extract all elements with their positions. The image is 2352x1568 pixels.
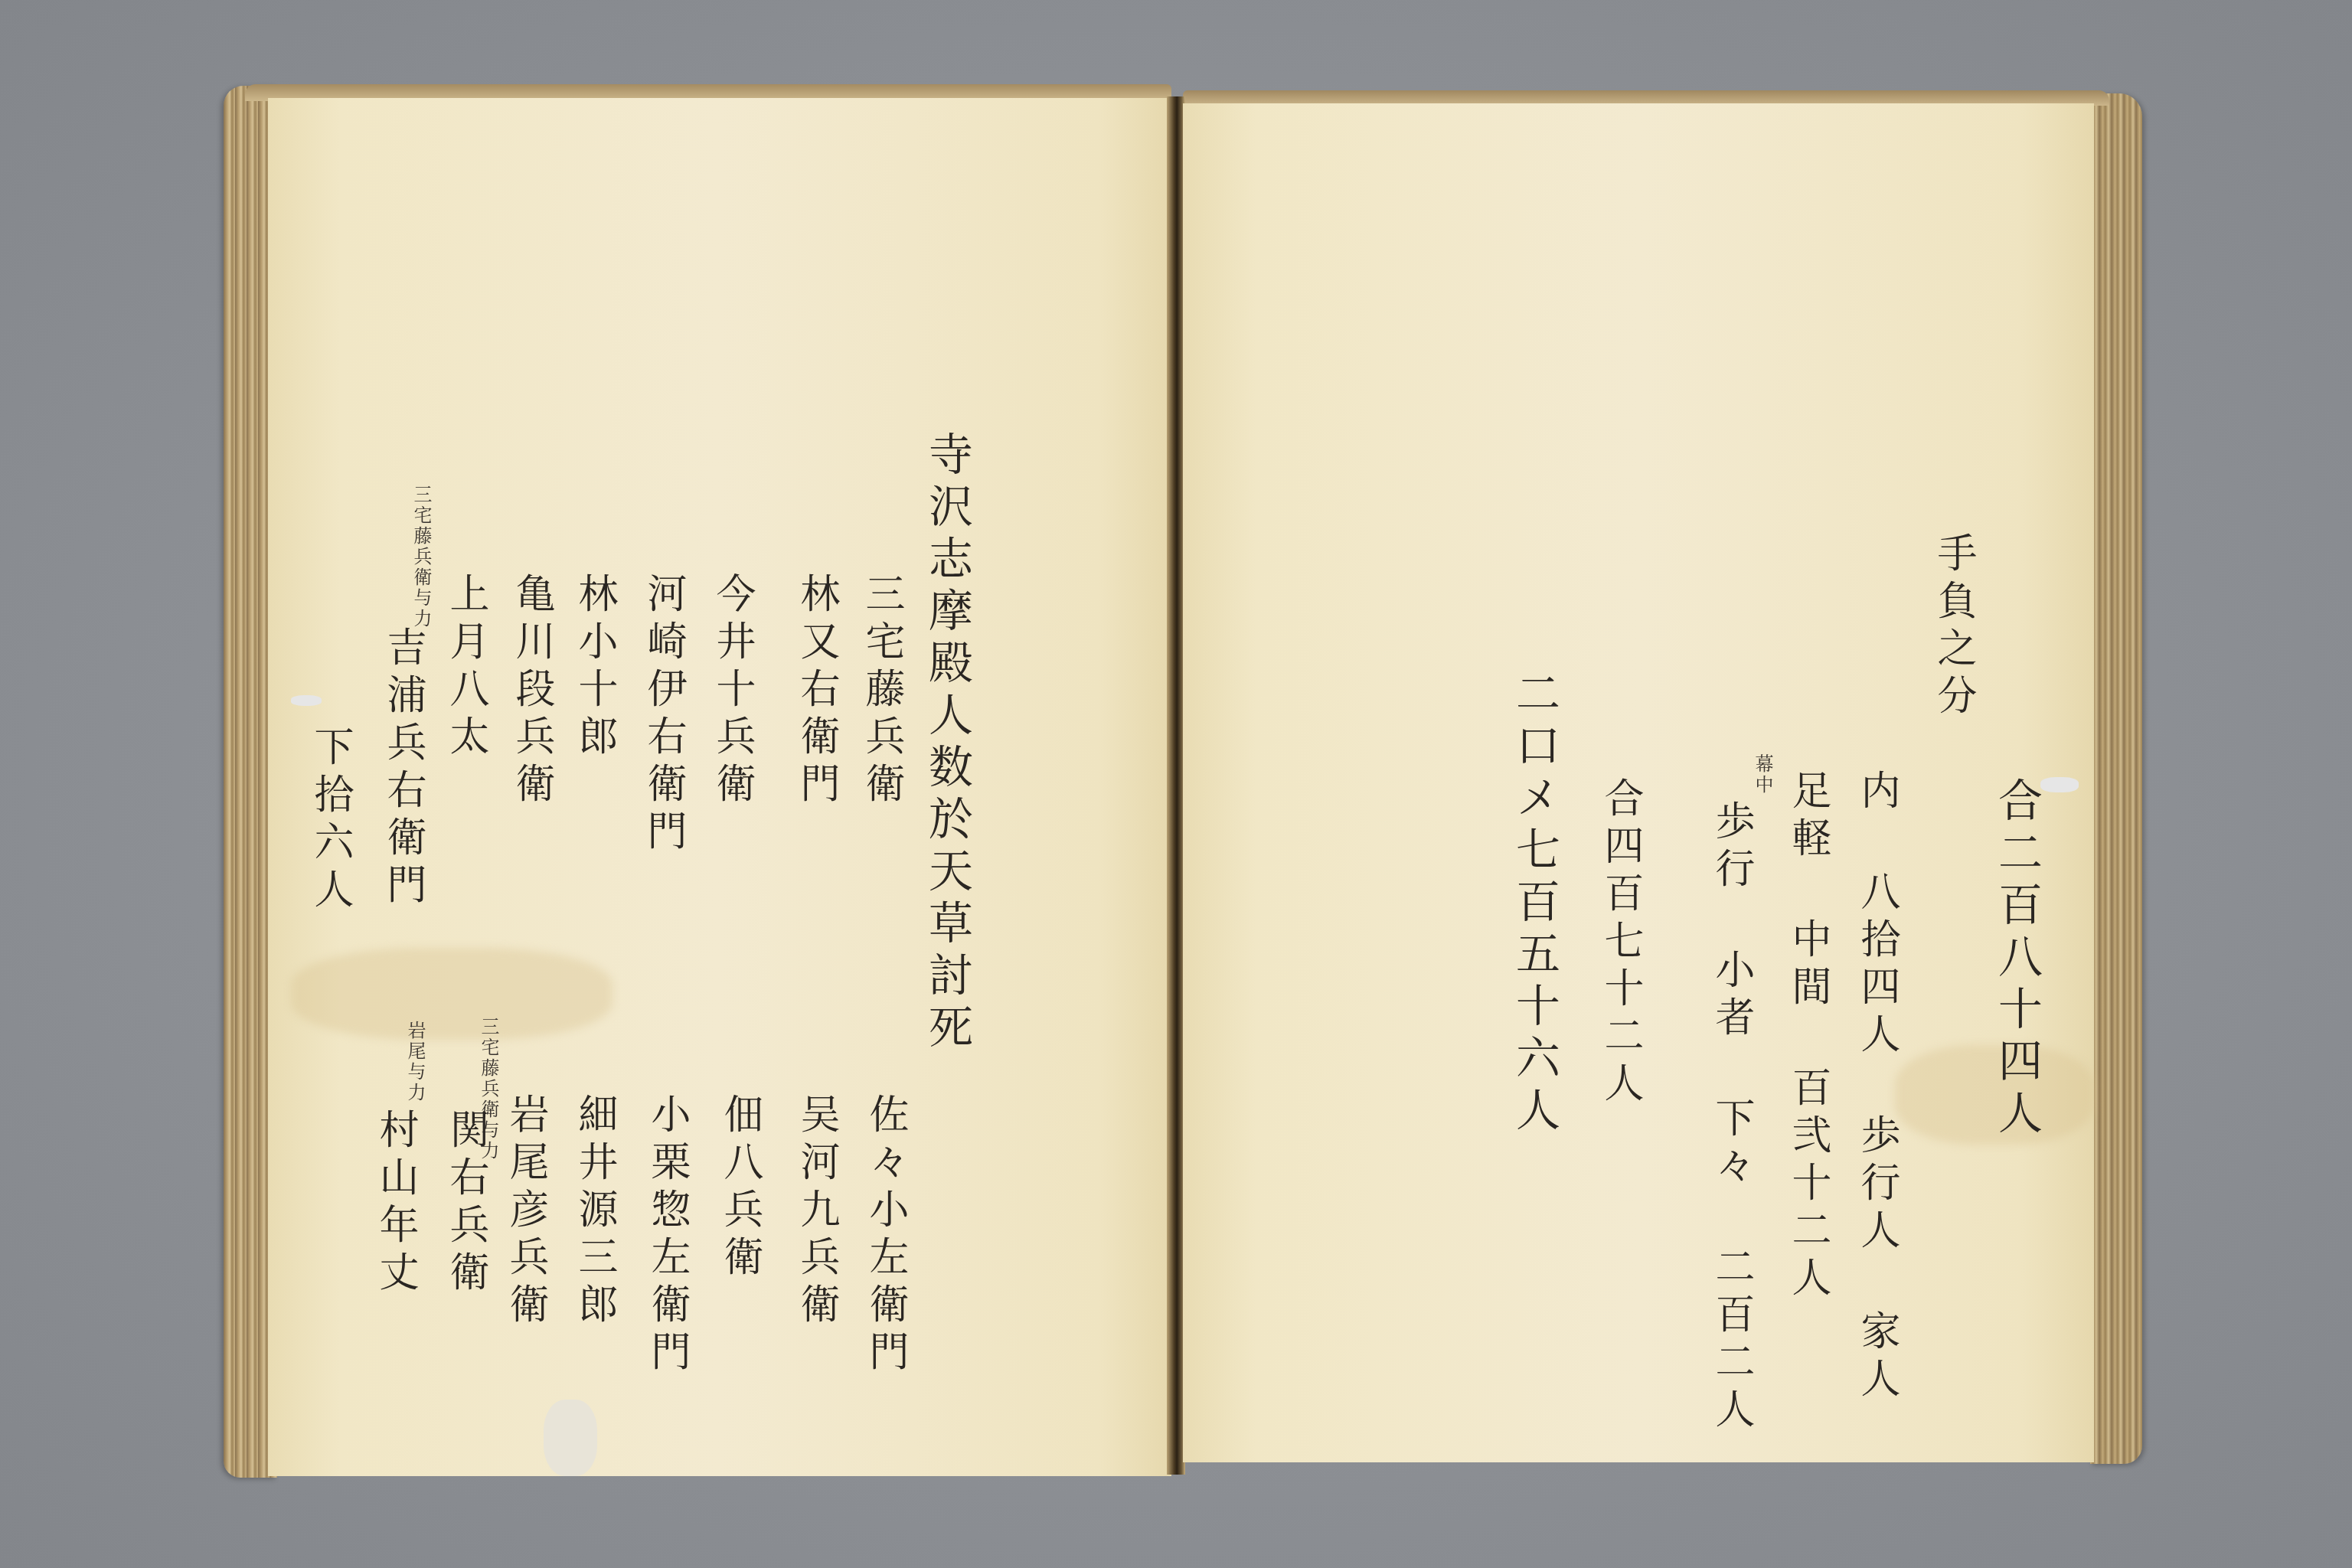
name-column: 村山年丈 (375, 1109, 415, 1298)
annotation: 三宅藤兵衛与力 (412, 485, 430, 629)
subtotal-column: 下拾六人 (310, 726, 350, 916)
water-stain (291, 948, 612, 1040)
annotation: 岩尾与力 (406, 1021, 424, 1103)
name-column: 吉浦兵右衛門 (383, 626, 423, 911)
count-line: 合四百七十二人 (1600, 777, 1640, 1109)
name-column: 河崎伊右衛門 (643, 573, 683, 857)
open-book: 寺沢志摩殿人数於天草討死 三宅藤兵衛 林又右衛門 今井十兵衛 河崎伊右衛門 林小… (0, 0, 2352, 1568)
name-column: 林又右衛門 (796, 573, 836, 810)
left-page: 寺沢志摩殿人数於天草討死 三宅藤兵衛 林又右衛門 今井十兵衛 河崎伊右衛門 林小… (268, 98, 1171, 1476)
count-line: 足軽 中間 百弐十二人 (1788, 769, 1828, 1304)
name-column: 関右兵衛 (446, 1109, 485, 1298)
name-column: 細井源三郎 (574, 1093, 614, 1331)
count-line: 内 八拾四人 歩行人 家人 (1857, 769, 1896, 1405)
name-column: 亀川段兵衛 (511, 573, 551, 810)
name-column: 佃八兵衛 (720, 1093, 759, 1283)
paper-repair (544, 1400, 597, 1476)
annotation: 幕中 (1753, 754, 1772, 795)
total-column: 合二百八十四人 (1994, 777, 2039, 1142)
name-column: 佐々小左衛門 (865, 1093, 905, 1378)
name-column: 吴河九兵衛 (796, 1093, 836, 1331)
grand-total-column: 二口メ七百五十六人 (1512, 670, 1557, 1138)
name-column: 小栗惣左衛門 (647, 1093, 687, 1378)
name-column: 林小十郎 (574, 573, 614, 763)
paper-repair (2040, 777, 2079, 792)
heading-column: 寺沢志摩殿人数於天草討死 (925, 431, 969, 1056)
paper-repair (291, 695, 322, 706)
name-column: 今井十兵衛 (712, 573, 752, 810)
name-column: 三宅藤兵衛 (861, 573, 901, 810)
right-page-stack-edge (2090, 93, 2142, 1464)
section-heading: 手負之分 (1933, 532, 1973, 722)
right-page: 合二百八十四人 手負之分 内 八拾四人 歩行人 家人 足軽 中間 百弐十二人 幕… (1183, 103, 2094, 1462)
count-line: 歩行 小者 下々 二百二人 (1711, 800, 1751, 1436)
name-column: 上月八太 (446, 573, 485, 763)
name-column: 岩尾彦兵衛 (505, 1093, 545, 1331)
